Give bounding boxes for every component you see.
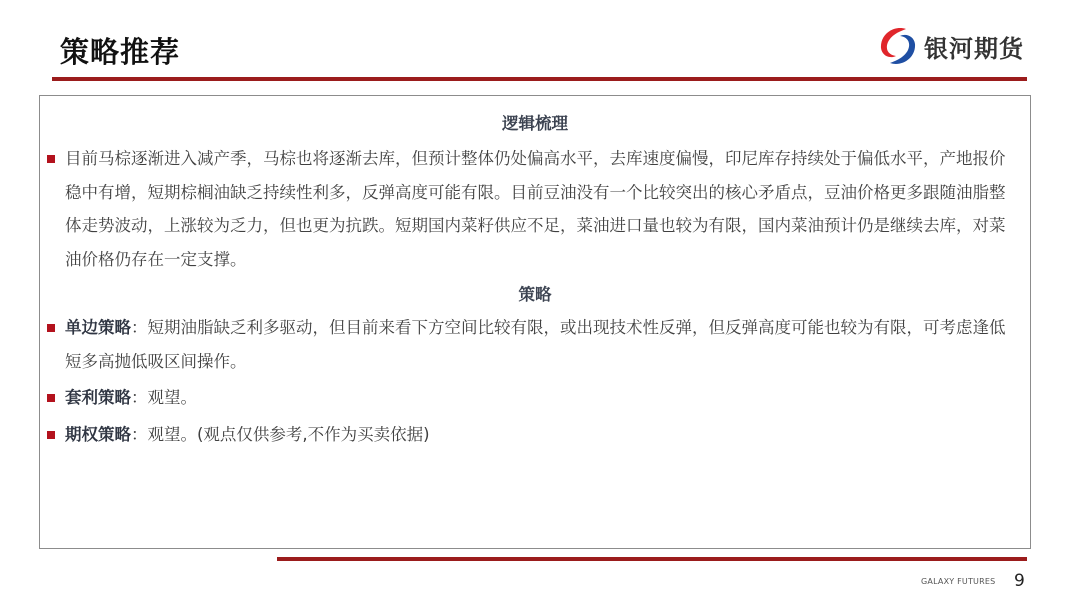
page-number: 9 [1014, 571, 1025, 591]
section-heading-strategy: 策略 [40, 281, 1030, 305]
logo-text: 银河期货 [924, 29, 1024, 64]
content-box: 逻辑梳理 目前马棕逐渐进入减产季，马棕也将逐渐去库，但预计整体仍处偏高水平，去库… [39, 95, 1031, 549]
logic-paragraph: 目前马棕逐渐进入减产季，马棕也将逐渐去库，但预计整体仍处偏高水平，去库速度偏慢，… [40, 142, 1030, 276]
company-logo: 银河期货 [876, 26, 1024, 66]
footer-divider [277, 557, 1027, 561]
strategy-label: 单边策略 [65, 318, 131, 337]
galaxy-swirl-logo-icon [876, 26, 920, 66]
page-title: 策略推荐 [60, 30, 180, 71]
strategy-label: 期权策略 [65, 425, 131, 444]
strategy-text: ：短期油脂缺乏利多驱动，但目前来看下方空间比较有限，或出现技术性反弹，但反弹高度… [65, 318, 1006, 371]
footer-brand: GALAXY FUTURES [921, 577, 995, 586]
strategy-text: ：观望。 [131, 388, 197, 407]
bullet-icon [47, 431, 55, 439]
strategy-text: ：观望。(观点仅供参考,不作为买卖依据) [131, 425, 430, 444]
bullet-icon [47, 155, 55, 163]
logic-paragraph-text: 目前马棕逐渐进入减产季，马棕也将逐渐去库，但预计整体仍处偏高水平，去库速度偏慢，… [40, 142, 1030, 276]
header-divider [52, 77, 1027, 81]
bullet-icon [47, 324, 55, 332]
section-heading-logic: 逻辑梳理 [40, 110, 1030, 134]
strategy-item-options: 期权策略：观望。(观点仅供参考,不作为买卖依据) [40, 418, 1030, 452]
strategy-item-single-side: 单边策略：短期油脂缺乏利多驱动，但目前来看下方空间比较有限，或出现技术性反弹，但… [40, 311, 1030, 378]
bullet-icon [47, 394, 55, 402]
strategy-item-arbitrage: 套利策略：观望。 [40, 381, 1030, 415]
strategy-label: 套利策略 [65, 388, 131, 407]
